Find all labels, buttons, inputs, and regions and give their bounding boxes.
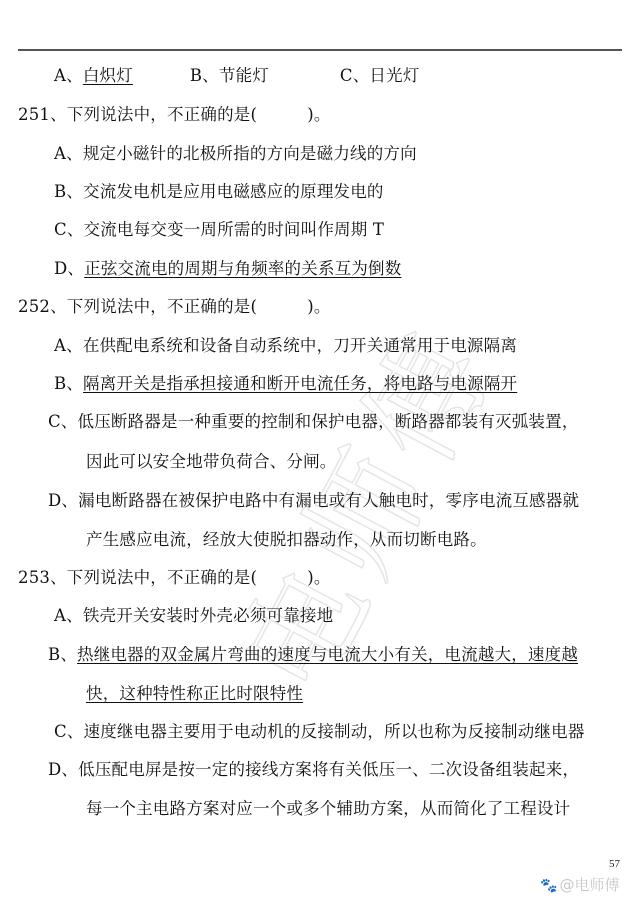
option-a-text: 白炽灯 — [83, 66, 133, 85]
q251-option-d: D、正弦交流电的周期与角频率的关系互为倒数 — [54, 259, 401, 279]
q253-option-b: B、热继电器的双金属片弯曲的速度与电流大小有关，电流越大，速度越 — [48, 645, 578, 665]
prev-options-row: A、白炽灯 B、节能灯 C、日光灯 — [54, 66, 420, 86]
q252-option-c-cont: 因此可以安全地带负荷合、分闸。 — [86, 452, 337, 472]
header-rule — [18, 49, 622, 51]
source-credit: 🐾@电师傅 — [540, 874, 619, 895]
q251-option-b: B、交流发电机是应用电磁感应的原理发电的 — [54, 182, 384, 202]
q253-option-d: D、低压配电屏是按一定的接线方案将有关低压一、二次设备组装起来， — [48, 760, 579, 780]
option-a-prefix: A、 — [54, 66, 83, 85]
question-252-stem: 252、下列说法中，不正确的是( )。 — [18, 297, 331, 317]
question-253-stem: 253、下列说法中，不正确的是( )。 — [18, 568, 331, 588]
q252-option-c: C、低压断路器是一种重要的控制和保护电器，断路器都装有灭弧装置， — [48, 412, 579, 432]
paw-icon: 🐾 — [540, 878, 557, 894]
q251-option-a: A、规定小磁针的北极所指的方向是磁力线的方向 — [54, 144, 417, 164]
question-251-stem: 251、下列说法中，不正确的是( )。 — [18, 105, 331, 125]
q253-option-c: C、速度继电器主要用于电动机的反接制动，所以也称为反接制动继电器 — [54, 722, 585, 742]
page-number: 57 — [609, 858, 620, 870]
q253-option-b-cont: 快，这种特性称正比时限特性 — [86, 684, 303, 704]
option-c-text: 日光灯 — [369, 66, 419, 85]
q252-option-a: A、在供配电系统和设备自动系统中，刀开关通常用于电源隔离 — [54, 336, 517, 356]
q251-option-c: C、交流电每交变一周所需的时间叫作周期 T — [54, 220, 384, 240]
q252-option-d-cont: 产生感应电流，经放大使脱扣器动作，从而切断电路。 — [86, 530, 487, 550]
option-c-prefix: C、 — [340, 66, 370, 85]
q253-option-a: A、铁壳开关安装时外壳必须可靠接地 — [54, 606, 333, 626]
option-b-prefix: B、 — [190, 66, 219, 85]
q252-option-d: D、漏电断路器在被保护电路中有漏电或有人触电时，零序电流互感器就 — [48, 491, 579, 511]
option-b-text: 节能灯 — [219, 66, 269, 85]
q253-option-d-cont: 每一个主电路方案对应一个或多个辅助方案，从而简化了工程设计 — [86, 799, 570, 819]
q252-option-b: B、隔离开关是指承担接通和断开电流任务，将电路与电源隔开 — [54, 374, 517, 394]
